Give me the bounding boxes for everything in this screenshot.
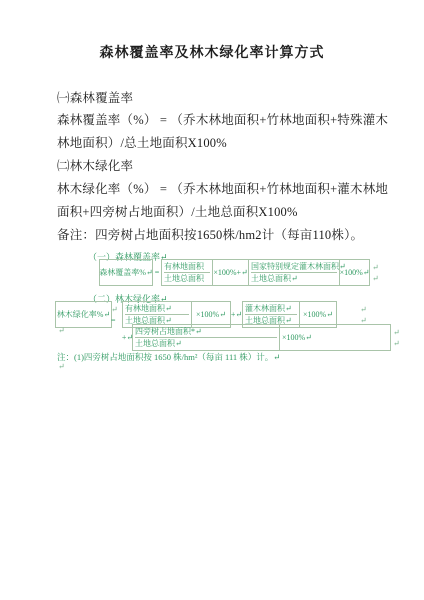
denominator: 土地总面积↵ (135, 338, 277, 349)
formula-row-forest-coverage: 森林覆盖率%↵ = 有林地面积 土地总面积 ×100%+↵ 国家特别规定灌木林面… (99, 259, 379, 286)
numerator: 有林地面积↵ (125, 303, 189, 315)
formula-2-line-1: 林木绿化率（%） = （乔木林地面积+竹林地面积+灌木林地 (57, 179, 388, 197)
remark-line: 备注：四旁树占地面积按1650株/hm2计（每亩110株）。 (57, 225, 363, 243)
paragraph-mark-icon: ↵ (393, 327, 400, 338)
numerator: 有林地面积 (164, 261, 210, 273)
paragraph-mark-icon: ↵ (393, 338, 400, 349)
paragraph-mark-icon: ↵ (360, 304, 367, 315)
numerator: 国家特别规定灌木林面积↵ (251, 261, 337, 273)
numerator: 四旁树占地面积*↵ (135, 326, 277, 338)
fraction: 国家特别规定灌木林面积↵ 土地总面积↵ (248, 259, 340, 286)
diagram-footnote: 注：(1)四旁树占地面积按 1650 株/hm²（每亩 111 株）计。↵ (57, 351, 280, 363)
document-title: 森林覆盖率及林木绿化率计算方式 (0, 42, 424, 62)
row-end-paragraph-marks: ↵ ↵ (370, 259, 379, 286)
formula-1-line-2: 林地面积）/总土地面积X100% (57, 133, 227, 151)
paragraph-mark-icon: ↵ (58, 326, 65, 335)
numerator: 灌木林面积↵ (245, 303, 297, 315)
section-1-heading: ㈠森林覆盖率 (57, 88, 133, 106)
label-cell: 林木绿化率%↵ (55, 301, 112, 328)
paragraph-mark-icon: ↵ (372, 273, 379, 284)
fraction: 有林地面积 土地总面积 (161, 259, 213, 286)
label-cell: 森林覆盖率%↵ (99, 259, 153, 286)
multiply-label: ×100%↵ (279, 324, 391, 351)
document-page: 森林覆盖率及林木绿化率计算方式 ㈠森林覆盖率 森林覆盖率（%） = （乔木林地面… (0, 0, 424, 600)
formula-1-line-1: 森林覆盖率（%） = （乔木林地面积+竹林地面积+特殊灌木 (57, 110, 388, 128)
multiply-label: ×100%+↵ (212, 259, 249, 286)
denominator: 土地总面积↵ (251, 273, 337, 284)
fraction: 四旁树占地面积*↵ 土地总面积↵ (132, 324, 280, 351)
row-end-paragraph-marks: ↵ ↵ (391, 324, 400, 351)
paragraph-mark-icon: ↵ (58, 362, 65, 371)
section-2-heading: ㈡林木绿化率 (57, 156, 133, 174)
formula-2-line-2: 面积+四旁树占地面积）/土地总面积X100% (57, 202, 298, 220)
multiply-label: ×100%↵ (339, 259, 370, 286)
denominator: 土地总面积 (164, 273, 210, 284)
paragraph-mark-icon: ↵ (372, 262, 379, 273)
formula-row-roadside-trees: +↵ 四旁树占地面积*↵ 土地总面积↵ ×100%↵ ↵ ↵ (122, 324, 400, 351)
